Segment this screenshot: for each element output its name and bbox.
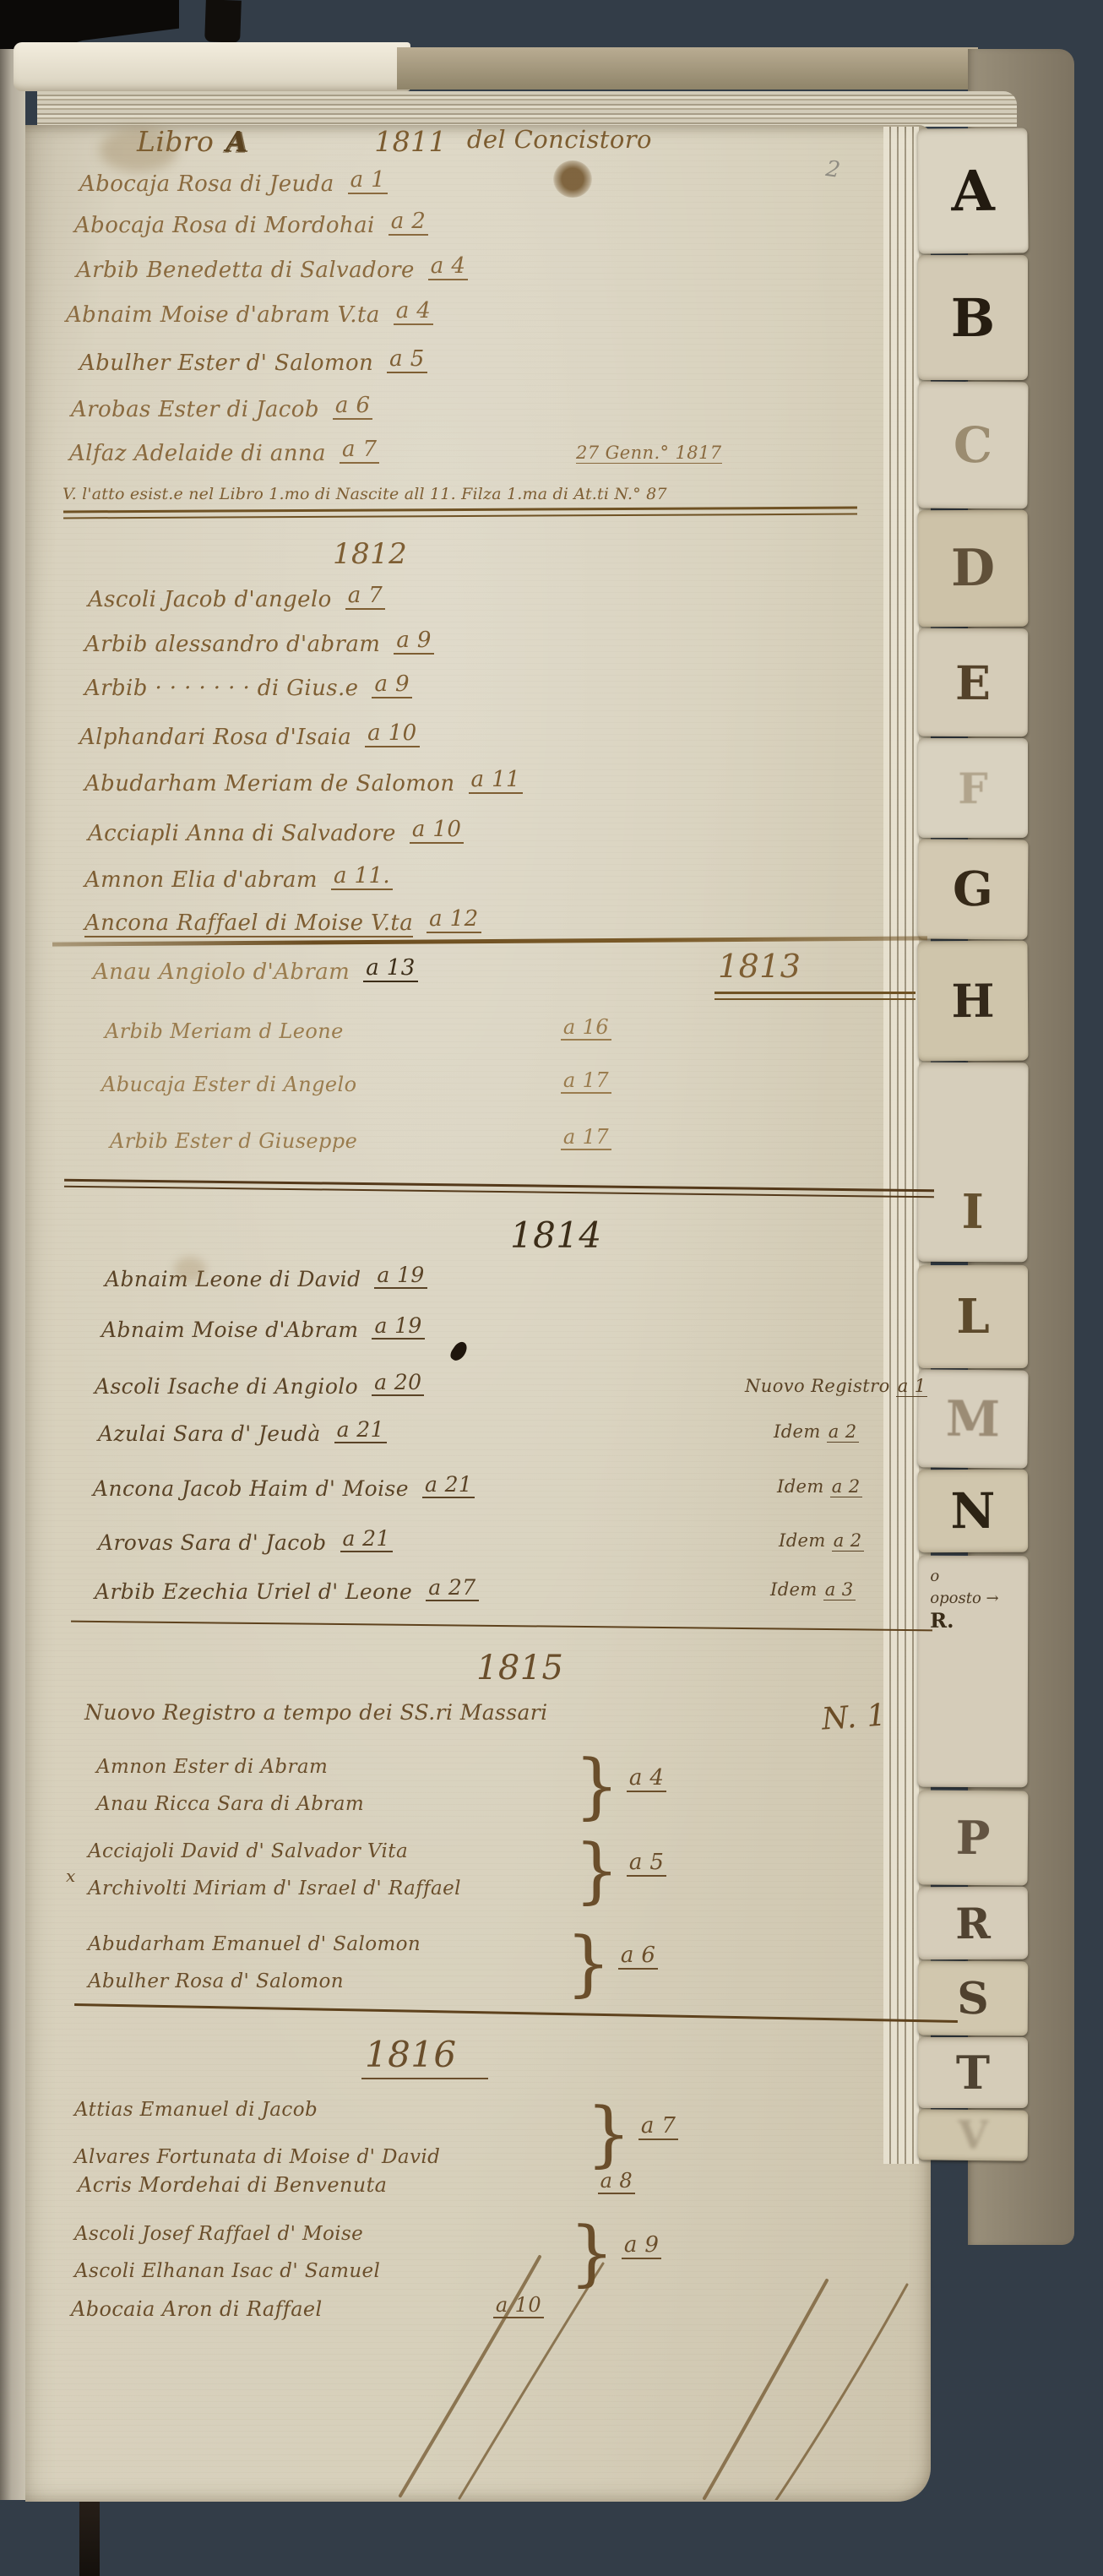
index-tab-r: R	[918, 1887, 1028, 1960]
index-tab-e: E	[918, 628, 1028, 736]
register-entry: Arbib Meriam d Leonea 16	[105, 1019, 611, 1045]
title-suffix: del Concistoro	[467, 125, 652, 158]
marginal-note: Idem a 2	[779, 1530, 864, 1551]
marginal-note: Nuovo Registro a 1	[745, 1376, 927, 1396]
tab-letter: G	[953, 861, 993, 917]
register-entry: Arbib · · · · · · · di Gius.ea 9	[84, 676, 412, 703]
register-entry: Arovas Sara d' Jacoba 21Idem a 2	[98, 1530, 943, 1557]
section-rule	[63, 507, 857, 519]
register-entry: Ascoli Jacob d'angeloa 7	[88, 587, 385, 614]
register-entry-group: Attias Emanuel di JacobAlvares Fortunata…	[74, 2086, 678, 2181]
volume-letter: A	[225, 125, 247, 158]
year-heading-1814: 1814	[510, 1215, 602, 1256]
year-heading-1813: 1813	[718, 948, 801, 985]
tab-letter: P	[955, 1811, 990, 1865]
marginal-note: Idem a 2	[777, 1476, 862, 1497]
scanned-register-page: A B C D E F G H I L M N o oposto → R. P …	[0, 0, 1103, 2576]
tab-annotation: oposto →	[930, 1588, 998, 1610]
pen-flourishes	[350, 2247, 924, 2500]
marginal-cross-mark: x	[66, 1866, 76, 1886]
register-entry: Arbib Benedetta di Salvadorea 4	[76, 258, 468, 285]
register-entry: Arbib Ester d Giuseppea 17	[110, 1129, 611, 1155]
group-brace: }	[574, 1744, 620, 1827]
year-1811: 1811	[374, 125, 447, 158]
index-tab-g: G	[917, 839, 1028, 939]
index-tab-v: V	[918, 2109, 1029, 2160]
register-entry-group: Amnon Ester di AbramAnau Ricca Sara di A…	[96, 1744, 666, 1827]
spine-headband-tan	[397, 47, 978, 90]
register-entry: Arbib alessandro d'abrama 9	[84, 632, 434, 659]
index-tab-t: T	[918, 2037, 1028, 2108]
register-entry: Abnaim Moise d'Abrama 19	[101, 1318, 425, 1344]
reference-note: V. l'atto esist.e nel Libro 1.mo di Nasc…	[62, 485, 667, 503]
register-content: Libro A 1811 del Concistoro Abocaja Rosa…	[54, 118, 905, 2551]
tab-letter: E	[955, 655, 991, 709]
register-entry: Abnaim Moise d'abram V.taa 4	[66, 302, 433, 329]
register-entry: Ancona Jacob Haim d' Moisea 21Idem a 2	[93, 1476, 937, 1503]
group-brace: }	[586, 2092, 632, 2175]
tab-letter: R	[955, 1898, 991, 1948]
tab-letter: L	[956, 1289, 989, 1345]
register-entry: Abocaja Rosa di Jeudaa 1	[79, 171, 388, 198]
register-entry: Abucaja Ester di Angeloa 17	[101, 1073, 611, 1098]
section-rule	[71, 1621, 932, 1632]
tab-letter: S	[957, 1972, 989, 2024]
register-entry-group: Abudarham Emanuel d' SalomonAbulher Rosa…	[88, 1921, 658, 2004]
libro-label: Libro	[137, 125, 214, 158]
register-entry: Ascoli Isache di Angioloa 20Nuovo Regist…	[95, 1374, 939, 1400]
year-heading-1816: 1816	[365, 2034, 457, 2075]
index-tab-l: L	[918, 1265, 1028, 1368]
year-heading-1815: 1815	[476, 1649, 563, 1687]
tab-letter: V	[958, 2112, 988, 2158]
tab-annotation: R.	[930, 1610, 954, 1632]
tab-letter: A	[951, 158, 995, 224]
register-intro: Nuovo Registro a tempo dei SS.ri Massari…	[84, 1700, 887, 1735]
section-rule	[74, 2003, 958, 2023]
leather-strap-top	[204, 0, 242, 43]
register-entry-group: x Acciajoli David d' Salvador VitaArchiv…	[88, 1829, 666, 1911]
register-entry: Ancona Raffael di Moise V.taa 12	[84, 910, 481, 937]
section-rule	[64, 1179, 934, 1198]
tab-letter: N	[950, 1482, 995, 1540]
registro-number: N. 1	[821, 1698, 888, 1736]
tab-letter: I	[961, 1184, 984, 1262]
tab-letter: H	[951, 974, 994, 1028]
group-brace: }	[566, 1921, 611, 2004]
marginal-note: Idem a 3	[770, 1579, 856, 1600]
tab-letter: B	[951, 287, 995, 349]
register-entry: Amnon Elia d'abrama 11.	[84, 867, 393, 894]
register-entry: Abulher Ester d' Salomona 5	[79, 351, 427, 378]
marginal-date: 27 Genn.° 1817	[576, 443, 722, 464]
register-entry: Azulai Sara d' Jeudàa 21Idem a 2	[98, 1421, 943, 1448]
marginal-note: Idem a 2	[774, 1421, 859, 1442]
register-entry: Abudarham Meriam de Salomona 11	[84, 771, 523, 798]
register-entry: Abocaja Rosa di Mordohaia 2	[74, 213, 428, 240]
index-tab-a: A	[917, 128, 1028, 253]
register-entry: Anau Angiolo d'Abrama 13	[93, 959, 633, 986]
group-brace: }	[574, 1829, 620, 1911]
spine-headband	[14, 42, 410, 91]
register-entry: Alphandari Rosa d'Isaiaa 10	[79, 725, 420, 752]
tab-letter: F	[958, 764, 988, 813]
register-entry: Arobas Ester di Jacoba 6	[71, 397, 372, 424]
register-entry: Acris Mordehai di Benvenutaa 8	[78, 2173, 635, 2198]
register-entry: Arbib Ezechia Uriel d' Leonea 27Idem a 3	[95, 1579, 939, 1606]
page-title: Libro A 1811 del Concistoro	[137, 125, 652, 158]
heading-underline	[715, 992, 916, 1000]
index-tab-f: F	[918, 738, 1028, 838]
register-entry: Alfaz Adelaide di annaa 727 Genn.° 1817	[69, 441, 914, 468]
book-gutter	[0, 49, 25, 2500]
register-entry: Abnaim Leone di Davida 19	[105, 1267, 427, 1293]
index-tab-p: P	[918, 1790, 1029, 1885]
index-tab-s: S	[918, 1961, 1029, 2036]
index-tab-b: B	[918, 255, 1028, 380]
tab-letter: D	[951, 539, 995, 598]
tab-letter: C	[954, 416, 993, 474]
heading-underline	[361, 2078, 488, 2079]
index-tab-h: H	[918, 941, 1029, 1062]
year-heading-1812: 1812	[333, 537, 407, 571]
index-tab-c: C	[917, 382, 1028, 509]
section-rule	[52, 936, 927, 946]
index-tab-i: I	[917, 1062, 1028, 1263]
index-tab-d: D	[918, 510, 1029, 628]
register-entry: Acciapli Anna di Salvadorea 10	[88, 821, 464, 848]
tab-letter: T	[956, 2046, 990, 2100]
tab-letter: M	[946, 1390, 1001, 1448]
